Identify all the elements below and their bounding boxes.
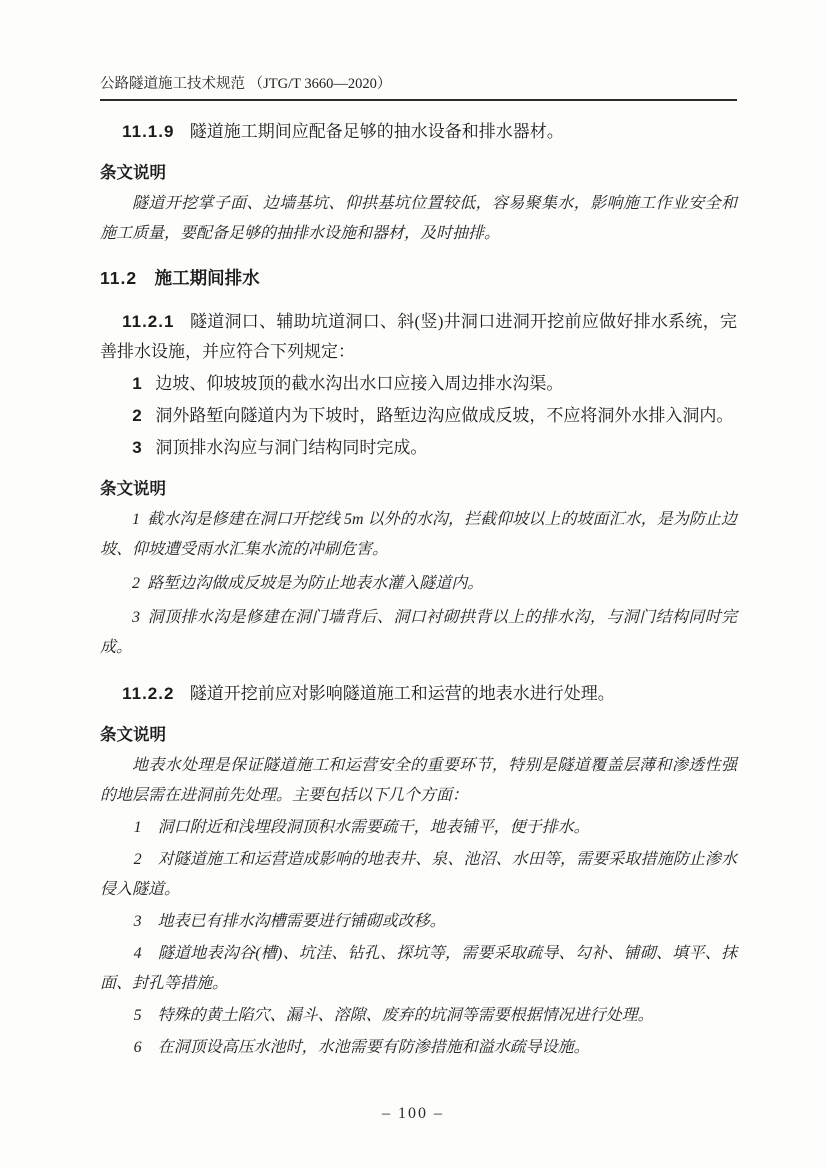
clause-11-1-9-number: 11.1.9 [122,122,174,141]
page-number: – 100 – [382,1105,444,1122]
document-page: 公路隧道施工技术规范 （JTG/T 3660—2020） 11.1.9隧道施工期… [0,0,826,1169]
note-11-2-1-paragraph-2: 2路堑边沟做成反坡是为防止地表水灌入隧道内。 [100,569,737,599]
note-item-text: 地表已有排水沟槽需要进行铺砌或改移。 [158,913,446,930]
note-11-2-2-item-4: 4隧道地表沟谷(槽)、坑洼、钻孔、探坑等，需要采取疏导、勾补、铺砌、填平、抹面、… [100,939,737,999]
note-11-1-9-paragraph: 隧道开挖掌子面、边墙基坑、仰拱基坑位置较低，容易聚集水，影响施工作业安全和施工质… [100,189,737,249]
notes-label-1: 条文说明 [100,161,737,185]
section-heading-11-2: 11.2施工期间排水 [100,265,737,291]
note-text: 洞顶排水沟是修建在洞门墙背后、洞口衬砌拱背以上的排水沟，与洞门结构同时完成。 [100,609,737,656]
running-header-title: 公路隧道施工技术规范 （JTG/T 3660—2020） [100,76,391,92]
item-text: 洞顶排水沟应与洞门结构同时完成。 [155,438,427,457]
note-item-number: 2 [134,851,142,868]
note-number: 3 [132,609,140,626]
note-item-number: 3 [134,913,142,930]
item-text: 洞外路堑向隧道内为下坡时，路堑边沟应做成反坡，不应将洞外水排入洞内。 [155,406,733,425]
note-item-text: 对隧道施工和运营造成影响的地表井、泉、池沼、水田等，需要采取措施防止渗水侵入隧道… [100,851,737,898]
section-11-2-title: 施工期间排水 [155,268,260,288]
note-item-text: 特殊的黄土陷穴、漏斗、溶隙、废弃的坑洞等需要根据情况进行处理。 [158,1007,654,1024]
note-11-2-2-intro: 地表水处理是保证隧道施工和运营安全的重要环节，特别是隧道覆盖层薄和渗透性强的地层… [100,751,737,811]
clause-11-1-9: 11.1.9隧道施工期间应配备足够的抽水设备和排水器材。 [100,117,737,147]
note-item-number: 1 [134,819,142,836]
item-text: 边坡、仰坡坡顶的截水沟出水口应接入周边排水沟渠。 [155,374,563,393]
clause-11-2-1-item-2: 2洞外路堑向隧道内为下坡时，路堑边沟应做成反坡，不应将洞外水排入洞内。 [100,401,737,431]
note-11-2-1-paragraph-1: 1截水沟是修建在洞口开挖线 5m 以外的水沟，拦截仰坡以上的坡面汇水，是为防止边… [100,505,737,565]
note-item-text: 洞口附近和浅埋段洞顶积水需要疏干，地表铺平，便于排水。 [158,819,590,836]
clause-11-2-1-number: 11.2.1 [122,312,174,331]
item-number: 1 [132,374,141,393]
item-number: 3 [132,438,141,457]
note-11-2-2-item-6: 6在洞顶设高压水池时，水池需要有防渗措施和溢水疏导设施。 [100,1033,737,1063]
notes-label-2: 条文说明 [100,477,737,501]
clause-11-2-1-text: 隧道洞口、辅助坑道洞口、斜(竖)井洞口进洞开挖前应做好排水系统，完善排水设施，并… [100,312,737,361]
note-number: 2 [132,575,140,592]
note-item-text: 在洞顶设高压水池时，水池需要有防渗措施和溢水疏导设施。 [158,1039,590,1056]
clause-11-2-2-text: 隧道开挖前应对影响隧道施工和运营的地表水进行处理。 [190,684,615,703]
clause-11-2-1: 11.2.1隧道洞口、辅助坑道洞口、斜(竖)井洞口进洞开挖前应做好排水系统，完善… [100,307,737,367]
note-text: 路堑边沟做成反坡是为防止地表水灌入隧道内。 [147,575,483,592]
note-11-2-2-item-2: 2对隧道施工和运营造成影响的地表井、泉、池沼、水田等，需要采取措施防止渗水侵入隧… [100,845,737,905]
clause-11-2-1-item-3: 3洞顶排水沟应与洞门结构同时完成。 [100,433,737,463]
running-header: 公路隧道施工技术规范 （JTG/T 3660—2020） [100,74,737,101]
clause-11-2-2-number: 11.2.2 [122,684,174,703]
note-11-2-2-item-1: 1洞口附近和浅埋段洞顶积水需要疏干，地表铺平，便于排水。 [100,813,737,843]
note-item-text: 隧道地表沟谷(槽)、坑洼、钻孔、探坑等，需要采取疏导、勾补、铺砌、填平、抹面、封… [100,945,737,992]
note-text: 截水沟是修建在洞口开挖线 5m 以外的水沟，拦截仰坡以上的坡面汇水，是为防止边坡… [100,511,737,558]
clause-11-2-1-item-1: 1边坡、仰坡坡顶的截水沟出水口应接入周边排水沟渠。 [100,369,737,399]
notes-label-3: 条文说明 [100,723,737,747]
note-11-2-2-item-5: 5特殊的黄土陷穴、漏斗、溶隙、废弃的坑洞等需要根据情况进行处理。 [100,1001,737,1031]
clause-11-1-9-text: 隧道施工期间应配备足够的抽水设备和排水器材。 [190,122,564,141]
note-item-number: 6 [134,1039,142,1056]
note-item-number: 4 [134,945,142,962]
note-number: 1 [132,511,140,528]
item-number: 2 [132,406,141,425]
note-item-number: 5 [134,1007,142,1024]
clause-11-2-2: 11.2.2隧道开挖前应对影响隧道施工和运营的地表水进行处理。 [100,679,737,709]
note-11-2-1-paragraph-3: 3洞顶排水沟是修建在洞门墙背后、洞口衬砌拱背以上的排水沟，与洞门结构同时完成。 [100,603,737,663]
section-11-2-number: 11.2 [100,268,137,288]
page-footer: – 100 – [0,1105,826,1123]
note-11-2-2-item-3: 3地表已有排水沟槽需要进行铺砌或改移。 [100,907,737,937]
